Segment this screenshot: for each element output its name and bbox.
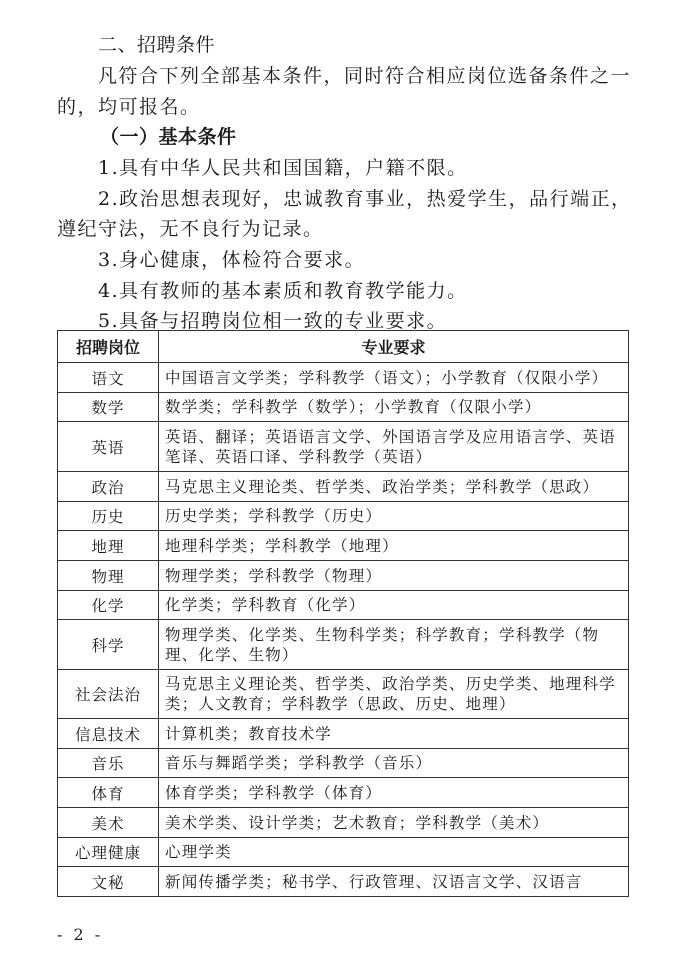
major-cell: 计算机类；教育技术学 <box>159 719 629 749</box>
post-cell: 化学 <box>58 591 159 620</box>
major-cell: 新闻传播学类；秘书学、行政管理、汉语言文学、汉语言 <box>159 867 629 897</box>
major-cell: 英语、翻译；英语语言文学、外国语言学及应用语言学、英语笔译、英语口译、学科教学（… <box>159 422 629 472</box>
post-cell: 社会法治 <box>58 670 159 719</box>
major-cell: 物理学类；学科教学（物理） <box>159 561 629 591</box>
table-row: 语文中国语言文学类；学科教学（语文）；小学教育（仅限小学） <box>58 363 629 393</box>
page-number: - 2 - <box>57 925 103 944</box>
major-cell: 历史学类；学科教学（历史） <box>159 502 629 531</box>
table-row: 历史历史学类；学科教学（历史） <box>58 502 629 531</box>
major-requirements-table: 招聘岗位 专业要求 语文中国语言文学类；学科教学（语文）；小学教育（仅限小学） … <box>57 330 629 897</box>
major-cell: 地理科学类；学科教学（地理） <box>159 531 629 561</box>
major-cell: 中国语言文学类；学科教学（语文）；小学教育（仅限小学） <box>159 363 629 393</box>
post-cell: 信息技术 <box>58 719 159 749</box>
major-cell: 马克思主义理论类、哲学类、政治学类、历史学类、地理科学类；人文教育；学科教学（思… <box>159 670 629 719</box>
post-cell: 音乐 <box>58 749 159 778</box>
post-cell: 文秘 <box>58 867 159 897</box>
post-cell: 历史 <box>58 502 159 531</box>
post-cell: 心理健康 <box>58 838 159 867</box>
table-row: 科学物理学类、化学类、生物科学类；科学教育；学科教学（物理、化学、生物） <box>58 620 629 670</box>
condition-3: 3.身心健康，体检符合要求。 <box>98 248 365 272</box>
major-cell: 音乐与舞蹈学类；学科教学（音乐） <box>159 749 629 778</box>
condition-1: 1.具有中华人民共和国国籍，户籍不限。 <box>98 156 468 180</box>
major-cell: 物理学类、化学类、生物科学类；科学教育；学科教学（物理、化学、生物） <box>159 620 629 670</box>
major-cell: 体育学类；学科教学（体育） <box>159 778 629 808</box>
subsection-heading: （一）基本条件 <box>100 125 237 149</box>
table-row: 美术美术学类、设计学类；艺术教育；学科教学（美术） <box>58 808 629 838</box>
intro-paragraph-line2: 的，均可报名。 <box>57 95 201 119</box>
major-cell: 马克思主义理论类、哲学类、政治学类；学科教学（思政） <box>159 472 629 502</box>
condition-2-line1: 2.政治思想表现好，忠诚教育事业，热爱学生，品行端正， <box>98 187 632 211</box>
section-heading: 二、招聘条件 <box>98 33 215 57</box>
post-cell: 物理 <box>58 561 159 591</box>
table-row: 政治马克思主义理论类、哲学类、政治学类；学科教学（思政） <box>58 472 629 502</box>
header-post: 招聘岗位 <box>58 331 159 363</box>
header-major: 专业要求 <box>159 331 629 363</box>
post-cell: 美术 <box>58 808 159 838</box>
table-row: 信息技术计算机类；教育技术学 <box>58 719 629 749</box>
post-cell: 数学 <box>58 393 159 422</box>
major-cell: 数学类；学科教学（数学）；小学教育（仅限小学） <box>159 393 629 422</box>
post-cell: 科学 <box>58 620 159 670</box>
table-row: 地理地理科学类；学科教学（地理） <box>58 531 629 561</box>
condition-2-line2: 遵纪守法，无不良行为记录。 <box>57 217 324 241</box>
table-row: 音乐音乐与舞蹈学类；学科教学（音乐） <box>58 749 629 778</box>
post-cell: 政治 <box>58 472 159 502</box>
post-cell: 体育 <box>58 778 159 808</box>
table-row: 英语英语、翻译；英语语言文学、外国语言学及应用语言学、英语笔译、英语口译、学科教… <box>58 422 629 472</box>
post-cell: 英语 <box>58 422 159 472</box>
table-row: 化学化学类；学科教育（化学） <box>58 591 629 620</box>
intro-paragraph-line1: 凡符合下列全部基本条件，同时符合相应岗位选备条件之一 <box>98 64 631 88</box>
post-cell: 语文 <box>58 363 159 393</box>
post-cell: 地理 <box>58 531 159 561</box>
table-row: 体育体育学类；学科教学（体育） <box>58 778 629 808</box>
major-cell: 化学类；学科教育（化学） <box>159 591 629 620</box>
table-row: 心理健康心理学类 <box>58 838 629 867</box>
condition-4: 4.具有教师的基本素质和教育教学能力。 <box>98 279 468 303</box>
table-header-row: 招聘岗位 专业要求 <box>58 331 629 363</box>
table-row: 数学数学类；学科教学（数学）；小学教育（仅限小学） <box>58 393 629 422</box>
major-cell: 美术学类、设计学类；艺术教育；学科教学（美术） <box>159 808 629 838</box>
table-row: 文秘新闻传播学类；秘书学、行政管理、汉语言文学、汉语言 <box>58 867 629 897</box>
major-cell: 心理学类 <box>159 838 629 867</box>
table-row: 物理物理学类；学科教学（物理） <box>58 561 629 591</box>
table-row: 社会法治马克思主义理论类、哲学类、政治学类、历史学类、地理科学类；人文教育；学科… <box>58 670 629 719</box>
